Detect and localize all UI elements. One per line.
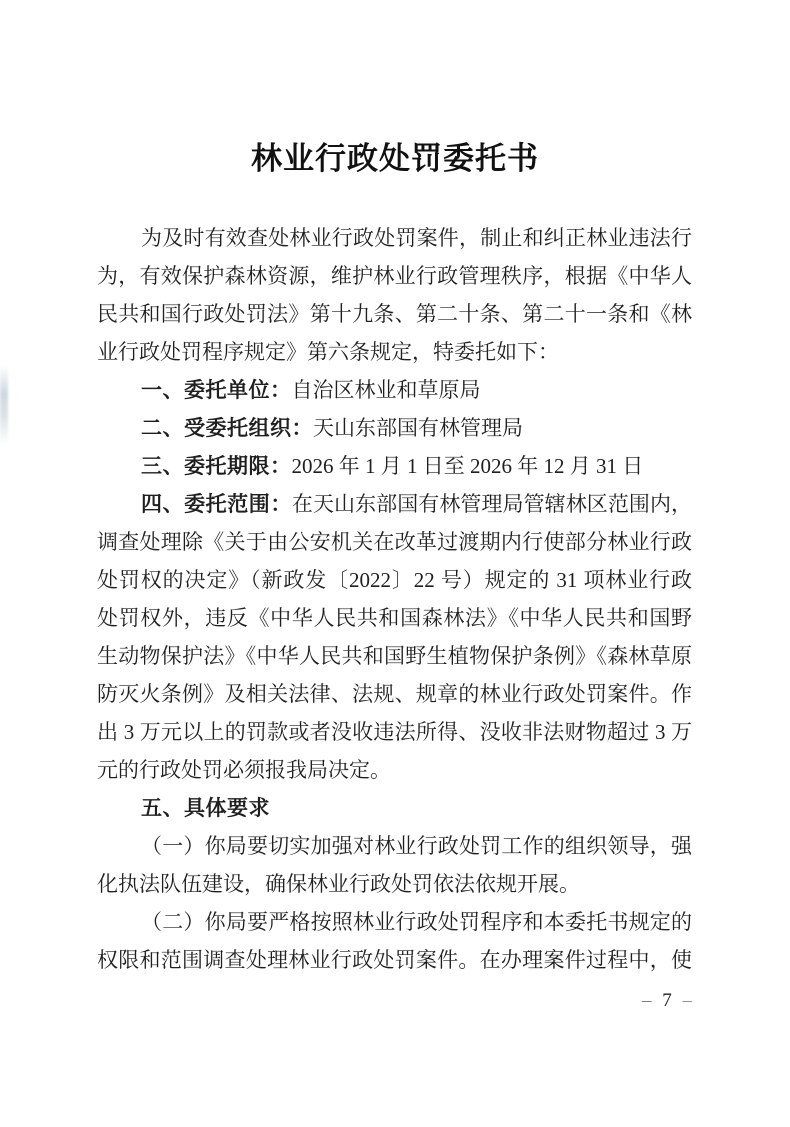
list-item-5: 五、具体要求 xyxy=(97,789,692,827)
document-title: 林业行政处罚委托书 xyxy=(0,133,790,178)
document-page: 林业行政处罚委托书 为及时有效查处林业行政处罚案件，制止和纠正林业违法行 为，有… xyxy=(0,0,790,1127)
page-number-dash-right: – xyxy=(683,990,696,1011)
page-number: – 7 – xyxy=(642,990,695,1012)
page-number-value: 7 xyxy=(662,990,675,1011)
body-line: 出 3 万元以上的罚款或者没收违法所得、没收非法财物超过 3 万 xyxy=(97,713,692,751)
body-line: 调查处理除《关于由公安机关在改革过渡期内行使部分林业行政 xyxy=(97,523,692,561)
body-line: 业行政处罚程序规定》第六条规定，特委托如下： xyxy=(97,333,692,371)
body-line: 处罚权的决定》（新政发〔2022〕22 号）规定的 31 项林业行政 xyxy=(97,561,692,599)
body-line: 防灭火条例》及相关法律、法规、规章的林业行政处罚案件。作 xyxy=(97,675,692,713)
list-item-1: 一、委托单位：自治区林业和草原局 xyxy=(97,371,692,409)
body-line: 为及时有效查处林业行政处罚案件，制止和纠正林业违法行 xyxy=(97,219,692,257)
body-line: 生动物保护法》《中华人民共和国野生植物保护条例》《森林草原 xyxy=(97,637,692,675)
body-line: 化执法队伍建设，确保林业行政处罚依法依规开展。 xyxy=(97,865,692,903)
body-line: 处罚权外，违反《中华人民共和国森林法》《中华人民共和国野 xyxy=(97,599,692,637)
body-line: 为，有效保护森林资源，维护林业行政管理秩序，根据《中华人 xyxy=(97,257,692,295)
page-number-dash-left: – xyxy=(642,990,655,1011)
scan-artifact xyxy=(0,366,8,444)
list-item-4: 四、委托范围：在天山东部国有林管理局管辖林区范围内， xyxy=(97,485,692,523)
list-item-3: 三、委托期限：2026 年 1 月 1 日至 2026 年 12 月 31 日 xyxy=(97,447,692,485)
document-body: 为及时有效查处林业行政处罚案件，制止和纠正林业违法行 为，有效保护森林资源，维护… xyxy=(97,219,692,979)
body-line: （一）你局要切实加强对林业行政处罚工作的组织领导，强 xyxy=(97,827,692,865)
list-item-2: 二、受委托组织：天山东部国有林管理局 xyxy=(97,409,692,447)
body-line: （二）你局要严格按照林业行政处罚程序和本委托书规定的 xyxy=(97,903,692,941)
body-line: 权限和范围调查处理林业行政处罚案件。在办理案件过程中，使 xyxy=(97,941,692,979)
body-line: 元的行政处罚必须报我局决定。 xyxy=(97,751,692,789)
body-line: 民共和国行政处罚法》第十九条、第二十条、第二十一条和《林 xyxy=(97,295,692,333)
